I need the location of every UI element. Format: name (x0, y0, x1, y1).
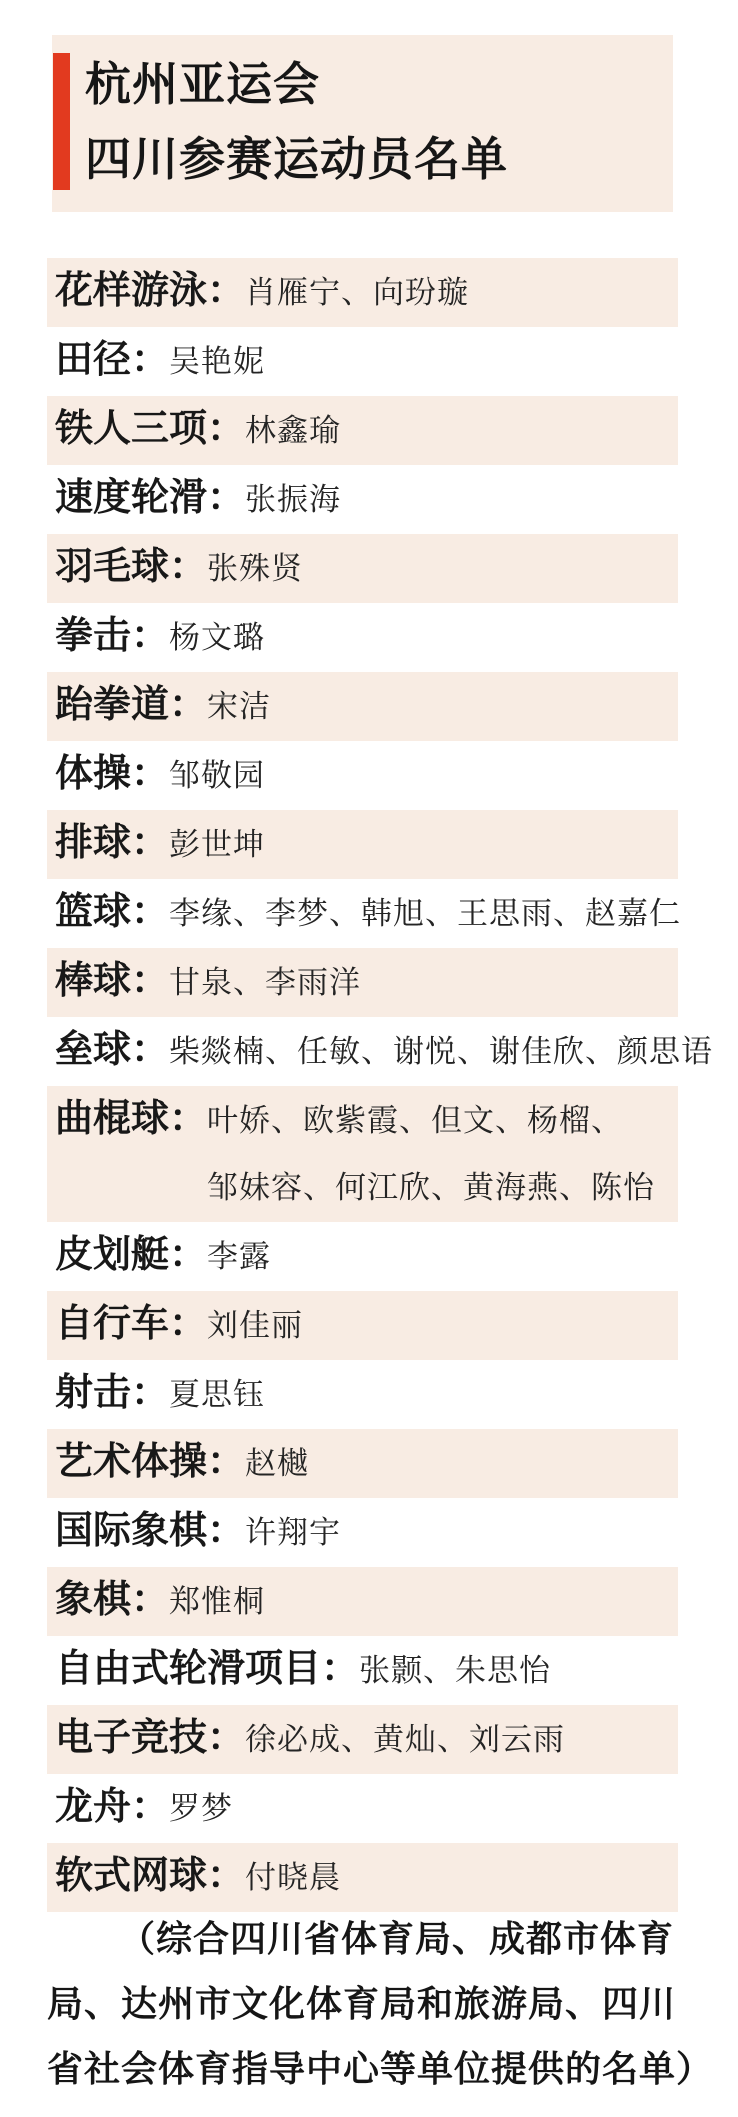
athlete-names: 叶娇、欧紫霞、但文、杨榴、 邹妹容、何江欣、黄海燕、陈怡 (207, 1088, 655, 1222)
red-accent-bar (53, 53, 70, 190)
athlete-names: 彭世坤 (169, 812, 265, 879)
sport-row: 篮球： 李缘、李梦、韩旭、王思雨、赵嘉仁 (47, 879, 678, 948)
sport-label: 自行车： (55, 1291, 207, 1358)
athlete-names: 柴燚楠、任敏、谢悦、谢佳欣、颜思语 (169, 1019, 713, 1086)
athlete-names: 李缘、李梦、韩旭、王思雨、赵嘉仁 (169, 881, 681, 948)
sport-label: 花样游泳： (55, 258, 245, 325)
athlete-names: 付晓晨 (245, 1845, 341, 1912)
athlete-names: 夏思钰 (169, 1362, 265, 1429)
title-line-2: 四川参赛运动员名单 (85, 122, 508, 197)
sport-label: 体操： (55, 741, 169, 808)
sport-row: 羽毛球： 张殊贤 (47, 534, 678, 603)
athlete-names: 邹敬园 (169, 743, 265, 810)
athlete-names: 徐必成、黄灿、刘云雨 (245, 1707, 565, 1774)
sport-label: 垒球： (55, 1017, 169, 1084)
sport-row: 垒球： 柴燚楠、任敏、谢悦、谢佳欣、颜思语 (47, 1017, 678, 1086)
sport-row: 棒球： 甘泉、李雨洋 (47, 948, 678, 1017)
sport-row: 铁人三项： 林鑫瑜 (47, 396, 678, 465)
sport-row: 花样游泳： 肖雁宁、向玢璇 (47, 258, 678, 327)
athlete-names: 许翔宇 (245, 1500, 341, 1567)
sport-row: 电子竞技： 徐必成、黄灿、刘云雨 (47, 1705, 678, 1774)
sport-row: 速度轮滑： 张振海 (47, 465, 678, 534)
sport-row: 艺术体操： 赵樾 (47, 1429, 678, 1498)
sport-label: 跆拳道： (55, 672, 207, 739)
sport-label: 拳击： (55, 603, 169, 670)
sport-label: 自由式轮滑项目： (55, 1636, 359, 1703)
sport-row: 跆拳道： 宋洁 (47, 672, 678, 741)
athlete-names: 肖雁宁、向玢璇 (245, 260, 469, 327)
sport-label: 软式网球： (55, 1843, 245, 1910)
sport-row: 象棋： 郑惟桐 (47, 1567, 678, 1636)
sport-label: 速度轮滑： (55, 465, 245, 532)
athlete-names: 罗梦 (169, 1776, 233, 1843)
sport-label: 羽毛球： (55, 534, 207, 601)
sport-label: 射击： (55, 1360, 169, 1427)
sport-row: 射击： 夏思钰 (47, 1360, 678, 1429)
source-credit: （综合四川省体育局、成都市体育局、达州市文化体育局和旅游局、四川省社会体育指导中… (47, 1906, 699, 2101)
sport-row: 排球： 彭世坤 (47, 810, 678, 879)
sport-row: 拳击： 杨文璐 (47, 603, 678, 672)
athlete-names: 赵樾 (245, 1431, 309, 1498)
athlete-names: 宋洁 (207, 674, 271, 741)
athlete-names: 杨文璐 (169, 605, 265, 672)
athlete-names: 张颢、朱思怡 (359, 1638, 551, 1705)
athlete-names: 张振海 (245, 467, 341, 534)
sport-label: 国际象棋： (55, 1498, 245, 1565)
athlete-names: 吴艳妮 (169, 329, 265, 396)
sport-row: 软式网球： 付晓晨 (47, 1843, 678, 1912)
infographic: 杭州亚运会 四川参赛运动员名单 花样游泳： 肖雁宁、向玢璇 田径： 吴艳妮 铁人… (0, 0, 738, 2117)
sport-label: 铁人三项： (55, 396, 245, 463)
title-card: 杭州亚运会 四川参赛运动员名单 (52, 35, 673, 212)
athlete-names: 甘泉、李雨洋 (169, 950, 361, 1017)
sport-row: 曲棍球： 叶娇、欧紫霞、但文、杨榴、 邹妹容、何江欣、黄海燕、陈怡 (47, 1086, 678, 1222)
sport-label: 棒球： (55, 948, 169, 1015)
sport-row: 田径： 吴艳妮 (47, 327, 678, 396)
sport-label: 龙舟： (55, 1774, 169, 1841)
sport-label: 曲棍球： (55, 1086, 207, 1153)
sport-label: 排球： (55, 810, 169, 877)
athlete-names: 郑惟桐 (169, 1569, 265, 1636)
sport-label: 艺术体操： (55, 1429, 245, 1496)
sport-label: 皮划艇： (55, 1222, 207, 1289)
sport-row: 自行车： 刘佳丽 (47, 1291, 678, 1360)
sport-row: 体操： 邹敬园 (47, 741, 678, 810)
athlete-names: 林鑫瑜 (245, 398, 341, 465)
sport-label: 篮球： (55, 879, 169, 946)
sport-row: 龙舟： 罗梦 (47, 1774, 678, 1843)
sport-row: 国际象棋： 许翔宇 (47, 1498, 678, 1567)
sport-row: 皮划艇： 李露 (47, 1222, 678, 1291)
title-line-1: 杭州亚运会 (85, 47, 508, 122)
athlete-list: 花样游泳： 肖雁宁、向玢璇 田径： 吴艳妮 铁人三项： 林鑫瑜 速度轮滑： 张振… (47, 258, 678, 1912)
sport-label: 电子竞技： (55, 1705, 245, 1772)
sport-row: 自由式轮滑项目： 张颢、朱思怡 (47, 1636, 678, 1705)
athlete-names: 李露 (207, 1224, 271, 1291)
sport-label: 田径： (55, 327, 169, 394)
sport-label: 象棋： (55, 1567, 169, 1634)
page-title: 杭州亚运会 四川参赛运动员名单 (85, 47, 508, 197)
athlete-names: 张殊贤 (207, 536, 303, 603)
athlete-names: 刘佳丽 (207, 1293, 303, 1360)
